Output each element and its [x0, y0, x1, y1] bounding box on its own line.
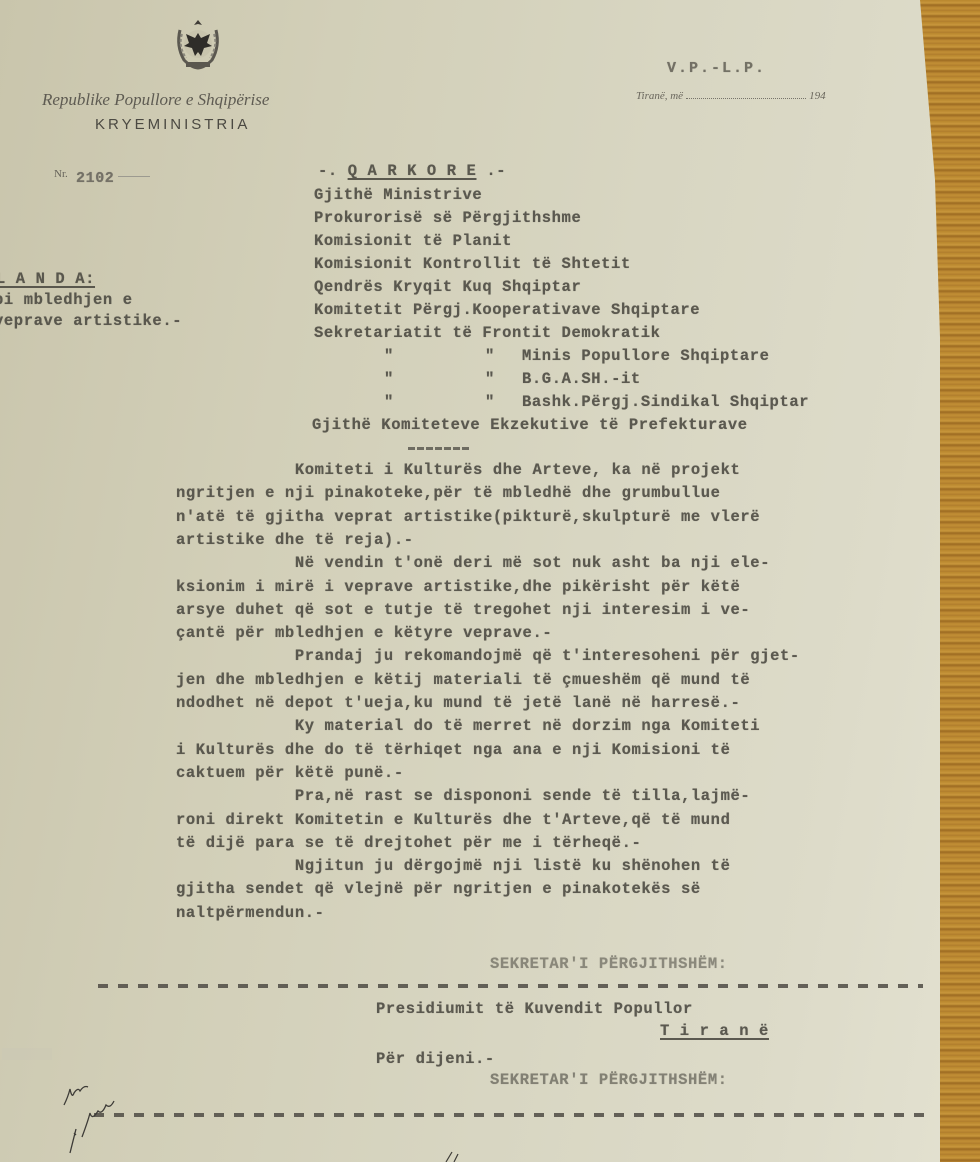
- body-line: artistike dhe të reja).-: [176, 531, 414, 549]
- copy-note: Për dijeni.-: [376, 1050, 495, 1068]
- state-name: Republike Popullore e Shqipërise: [42, 90, 269, 110]
- recipient: Minis Popullore Shqiptare: [522, 347, 770, 365]
- subject-line: veprave artistike.-: [0, 312, 182, 330]
- eagle-emblem-icon: [168, 16, 228, 74]
- body-line: Komiteti i Kulturës dhe Arteve, ka në pr…: [176, 461, 740, 479]
- title-text: Q A R K O R E: [348, 162, 477, 180]
- circular-title: -. Q A R K O R E .-: [318, 162, 506, 180]
- recipient: Sekretariatit të Frontit Demokratik: [314, 324, 661, 342]
- body-line: Prandaj ju rekomandojmë që t'interesohen…: [176, 647, 800, 665]
- recipient: Komitetit Përgj.Kooperativave Shqiptare: [314, 301, 700, 319]
- dashed-divider: [94, 1113, 924, 1117]
- recipient: Bashk.Përgj.Sindikal Shqiptar: [522, 393, 809, 411]
- date-blank: [686, 98, 806, 99]
- pen-mark-icon: [440, 1148, 470, 1162]
- body-line: naltpërmendun.-: [176, 904, 325, 922]
- body-line: n'atë të gjitha veprat artistike(pikturë…: [176, 508, 760, 526]
- ditto-mark: ": [485, 393, 495, 411]
- dashed-divider: [98, 984, 923, 988]
- ditto-mark: ": [485, 370, 495, 388]
- subject-line: bi mbledhjen e: [0, 291, 133, 309]
- body-line: Ngjitun ju dërgojmë nji listë ku shënohe…: [176, 857, 730, 875]
- office-name: KRYEMINISTRIA: [95, 116, 250, 133]
- ditto-mark: ": [384, 347, 394, 365]
- handwritten-signature-icon: [58, 1075, 128, 1155]
- body-line: i Kulturës dhe do të tërhiqet nga ana e …: [176, 741, 730, 759]
- body-line: roni direkt Komitetin e Kulturës dhe t'A…: [176, 811, 730, 829]
- number-value: 2102: [76, 170, 114, 187]
- recipient: Qendrës Kryqit Kuq Shqiptar: [314, 278, 581, 296]
- title-prefix: -.: [318, 162, 338, 180]
- dateline: Tiranë, më194: [636, 90, 826, 102]
- recipient: Prokurorisë së Përgjithshme: [314, 209, 581, 227]
- body-line: jen dhe mbledhjen e këtij materiali të ç…: [176, 671, 750, 689]
- body-line: Pra,në rast se dispononi sende të tilla,…: [176, 787, 750, 805]
- dateline-year: 194: [809, 90, 826, 102]
- body-line: ngritjen e nji pinakoteke,për të mbledhë…: [176, 484, 721, 502]
- dateline-prefix: Tiranë, më: [636, 90, 683, 102]
- body-line: çantë për mbledhjen e këtyre veprave.-: [176, 624, 552, 642]
- recipient: Gjithë Ministrive: [314, 186, 482, 204]
- subject-heading: L A N D A:: [0, 270, 95, 288]
- title-suffix: .-: [486, 162, 506, 180]
- recipient: B.G.A.SH.-it: [522, 370, 641, 388]
- ditto-mark: ": [384, 393, 394, 411]
- body-line: ndodhet në depot t'ueja,ku mund të jetë …: [176, 694, 740, 712]
- body-line: gjitha sendet që vlejnë për ngritjen e p…: [176, 880, 701, 898]
- recipient: Gjithë Komiteteve Ekzekutive të Prefektu…: [312, 416, 748, 434]
- ditto-mark: ": [485, 347, 495, 365]
- ditto-mark: ": [384, 370, 394, 388]
- recipient: Komisionit Kontrollit të Shtetit: [314, 255, 631, 273]
- copy-addressee: Presidiumit të Kuvendit Popullor: [376, 1000, 693, 1018]
- number-underline: [118, 176, 150, 177]
- body-line: Në vendin t'onë deri më sot nuk asht ba …: [176, 554, 770, 572]
- reference-code: V.P.-L.P.: [667, 60, 766, 77]
- body-line: të dijë para se të drejtohet për me i të…: [176, 834, 641, 852]
- body-line: Ky material do të merret në dorzim nga K…: [176, 717, 760, 735]
- body-line: caktuem për këtë punë.-: [176, 764, 404, 782]
- body-line: arsye duhet që sot e tutje të tregohet n…: [176, 601, 750, 619]
- copy-signature-title: SEKRETAR'I PËRGJITHSHËM:: [490, 1071, 728, 1089]
- recipient: Komisionit të Planit: [314, 232, 512, 250]
- body-line: ksionim i mirë i veprave artistike,dhe p…: [176, 578, 740, 596]
- faded-stamp: [2, 1048, 52, 1060]
- separator-rule: [408, 447, 470, 450]
- copy-city: T i r a n ë: [660, 1022, 769, 1040]
- number-label: Nr.: [54, 168, 68, 180]
- signature-title: SEKRETAR'I PËRGJITHSHËM:: [490, 955, 728, 973]
